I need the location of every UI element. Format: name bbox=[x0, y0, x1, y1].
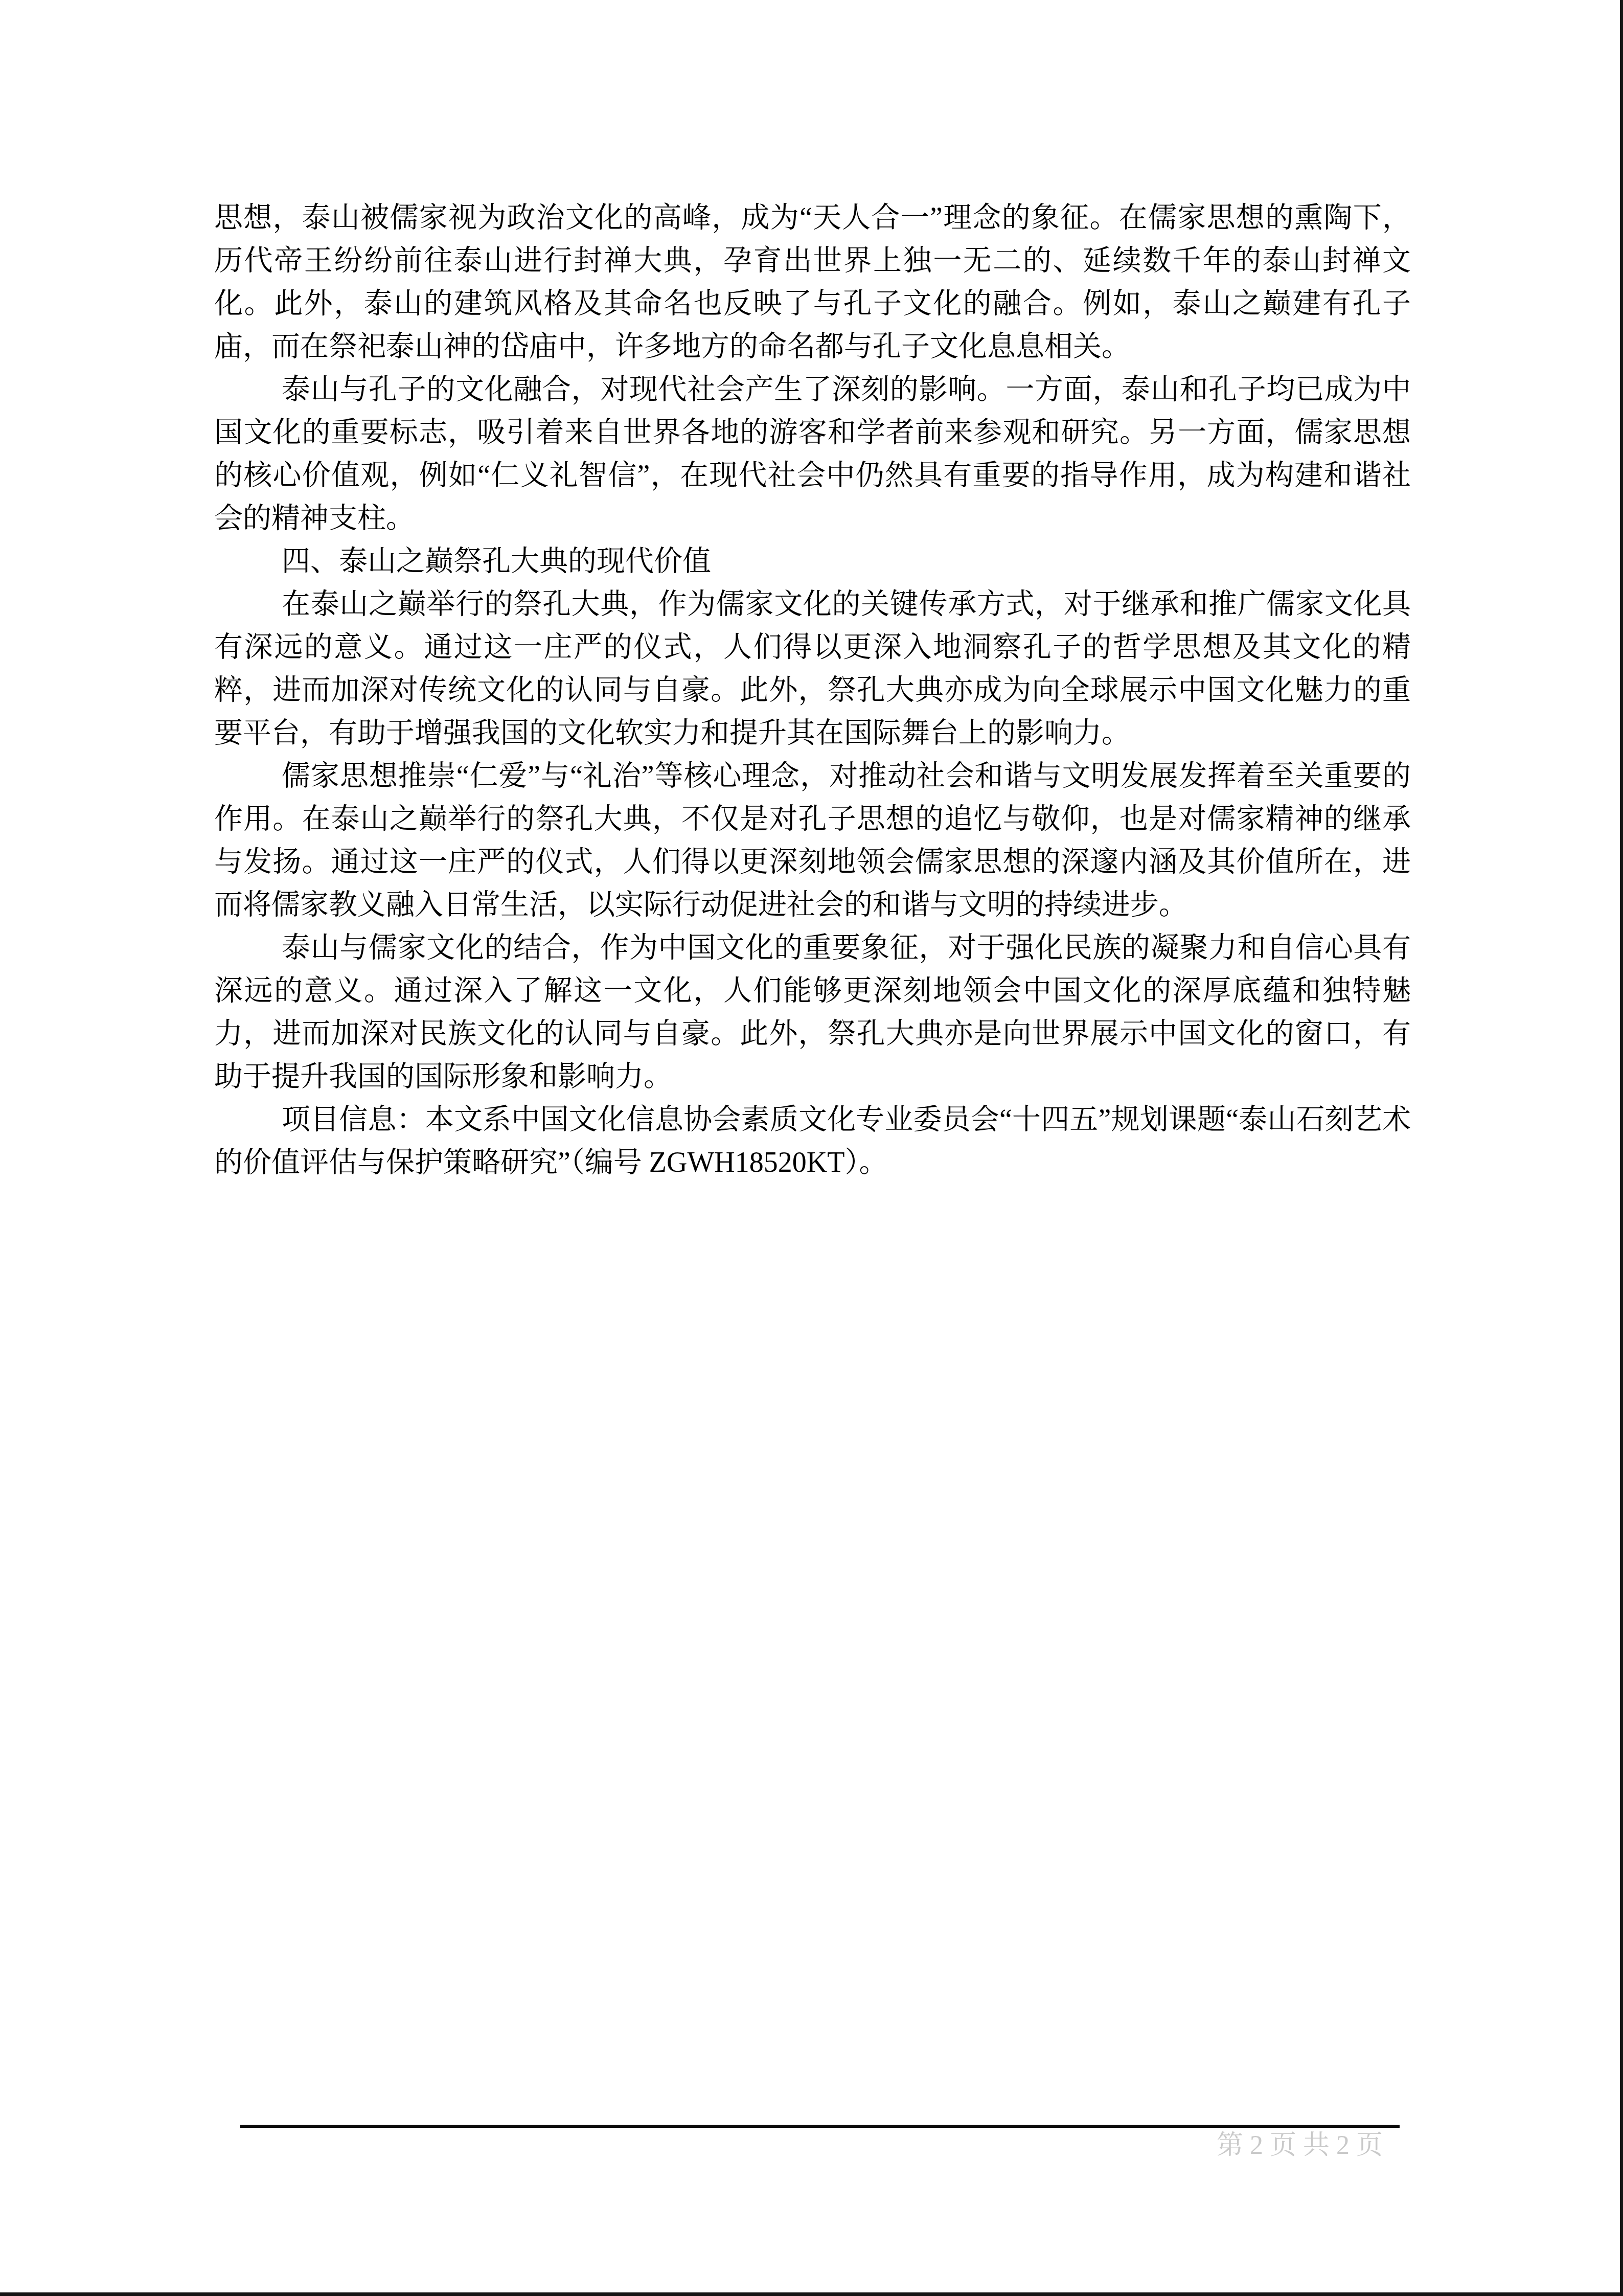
footer-page-label: 第 2 页 共 2 页 bbox=[1217, 2131, 1574, 2161]
paragraph-2: 泰山与孔子的文化融合，对现代社会产生了深刻的影响。一方面，泰山和孔子均已成为中国… bbox=[214, 368, 1411, 540]
paragraph-5: 儒家思想推崇“仁爱”与“礼治”等核心理念，对推动社会和谐与文明发展发挥着至关重要… bbox=[214, 755, 1411, 926]
scan-edge-bottom bbox=[0, 2292, 1623, 2296]
paragraph-4: 在泰山之巅举行的祭孔大典，作为儒家文化的关键传承方式，对于继承和推广儒家文化具有… bbox=[214, 583, 1411, 755]
document-page: 思想，泰山被儒家视为政治文化的高峰，成为“天人合一”理念的象征。在儒家思想的熏陶… bbox=[0, 0, 1623, 2296]
scan-edge-right bbox=[1620, 0, 1623, 2296]
footer-divider bbox=[240, 2125, 1400, 2128]
paragraph-7: 项目信息：本文系中国文化信息协会素质文化专业委员会“十四五”规划课题“泰山石刻艺… bbox=[214, 1098, 1411, 1184]
section-heading: 四、泰山之巅祭孔大典的现代价值 bbox=[214, 540, 1411, 583]
paragraph-1: 思想，泰山被儒家视为政治文化的高峰，成为“天人合一”理念的象征。在儒家思想的熏陶… bbox=[214, 196, 1411, 368]
paragraph-6: 泰山与儒家文化的结合，作为中国文化的重要象征，对于强化民族的凝聚力和自信心具有深… bbox=[214, 926, 1411, 1098]
document-body: 思想，泰山被儒家视为政治文化的高峰，成为“天人合一”理念的象征。在儒家思想的熏陶… bbox=[214, 196, 1411, 1184]
